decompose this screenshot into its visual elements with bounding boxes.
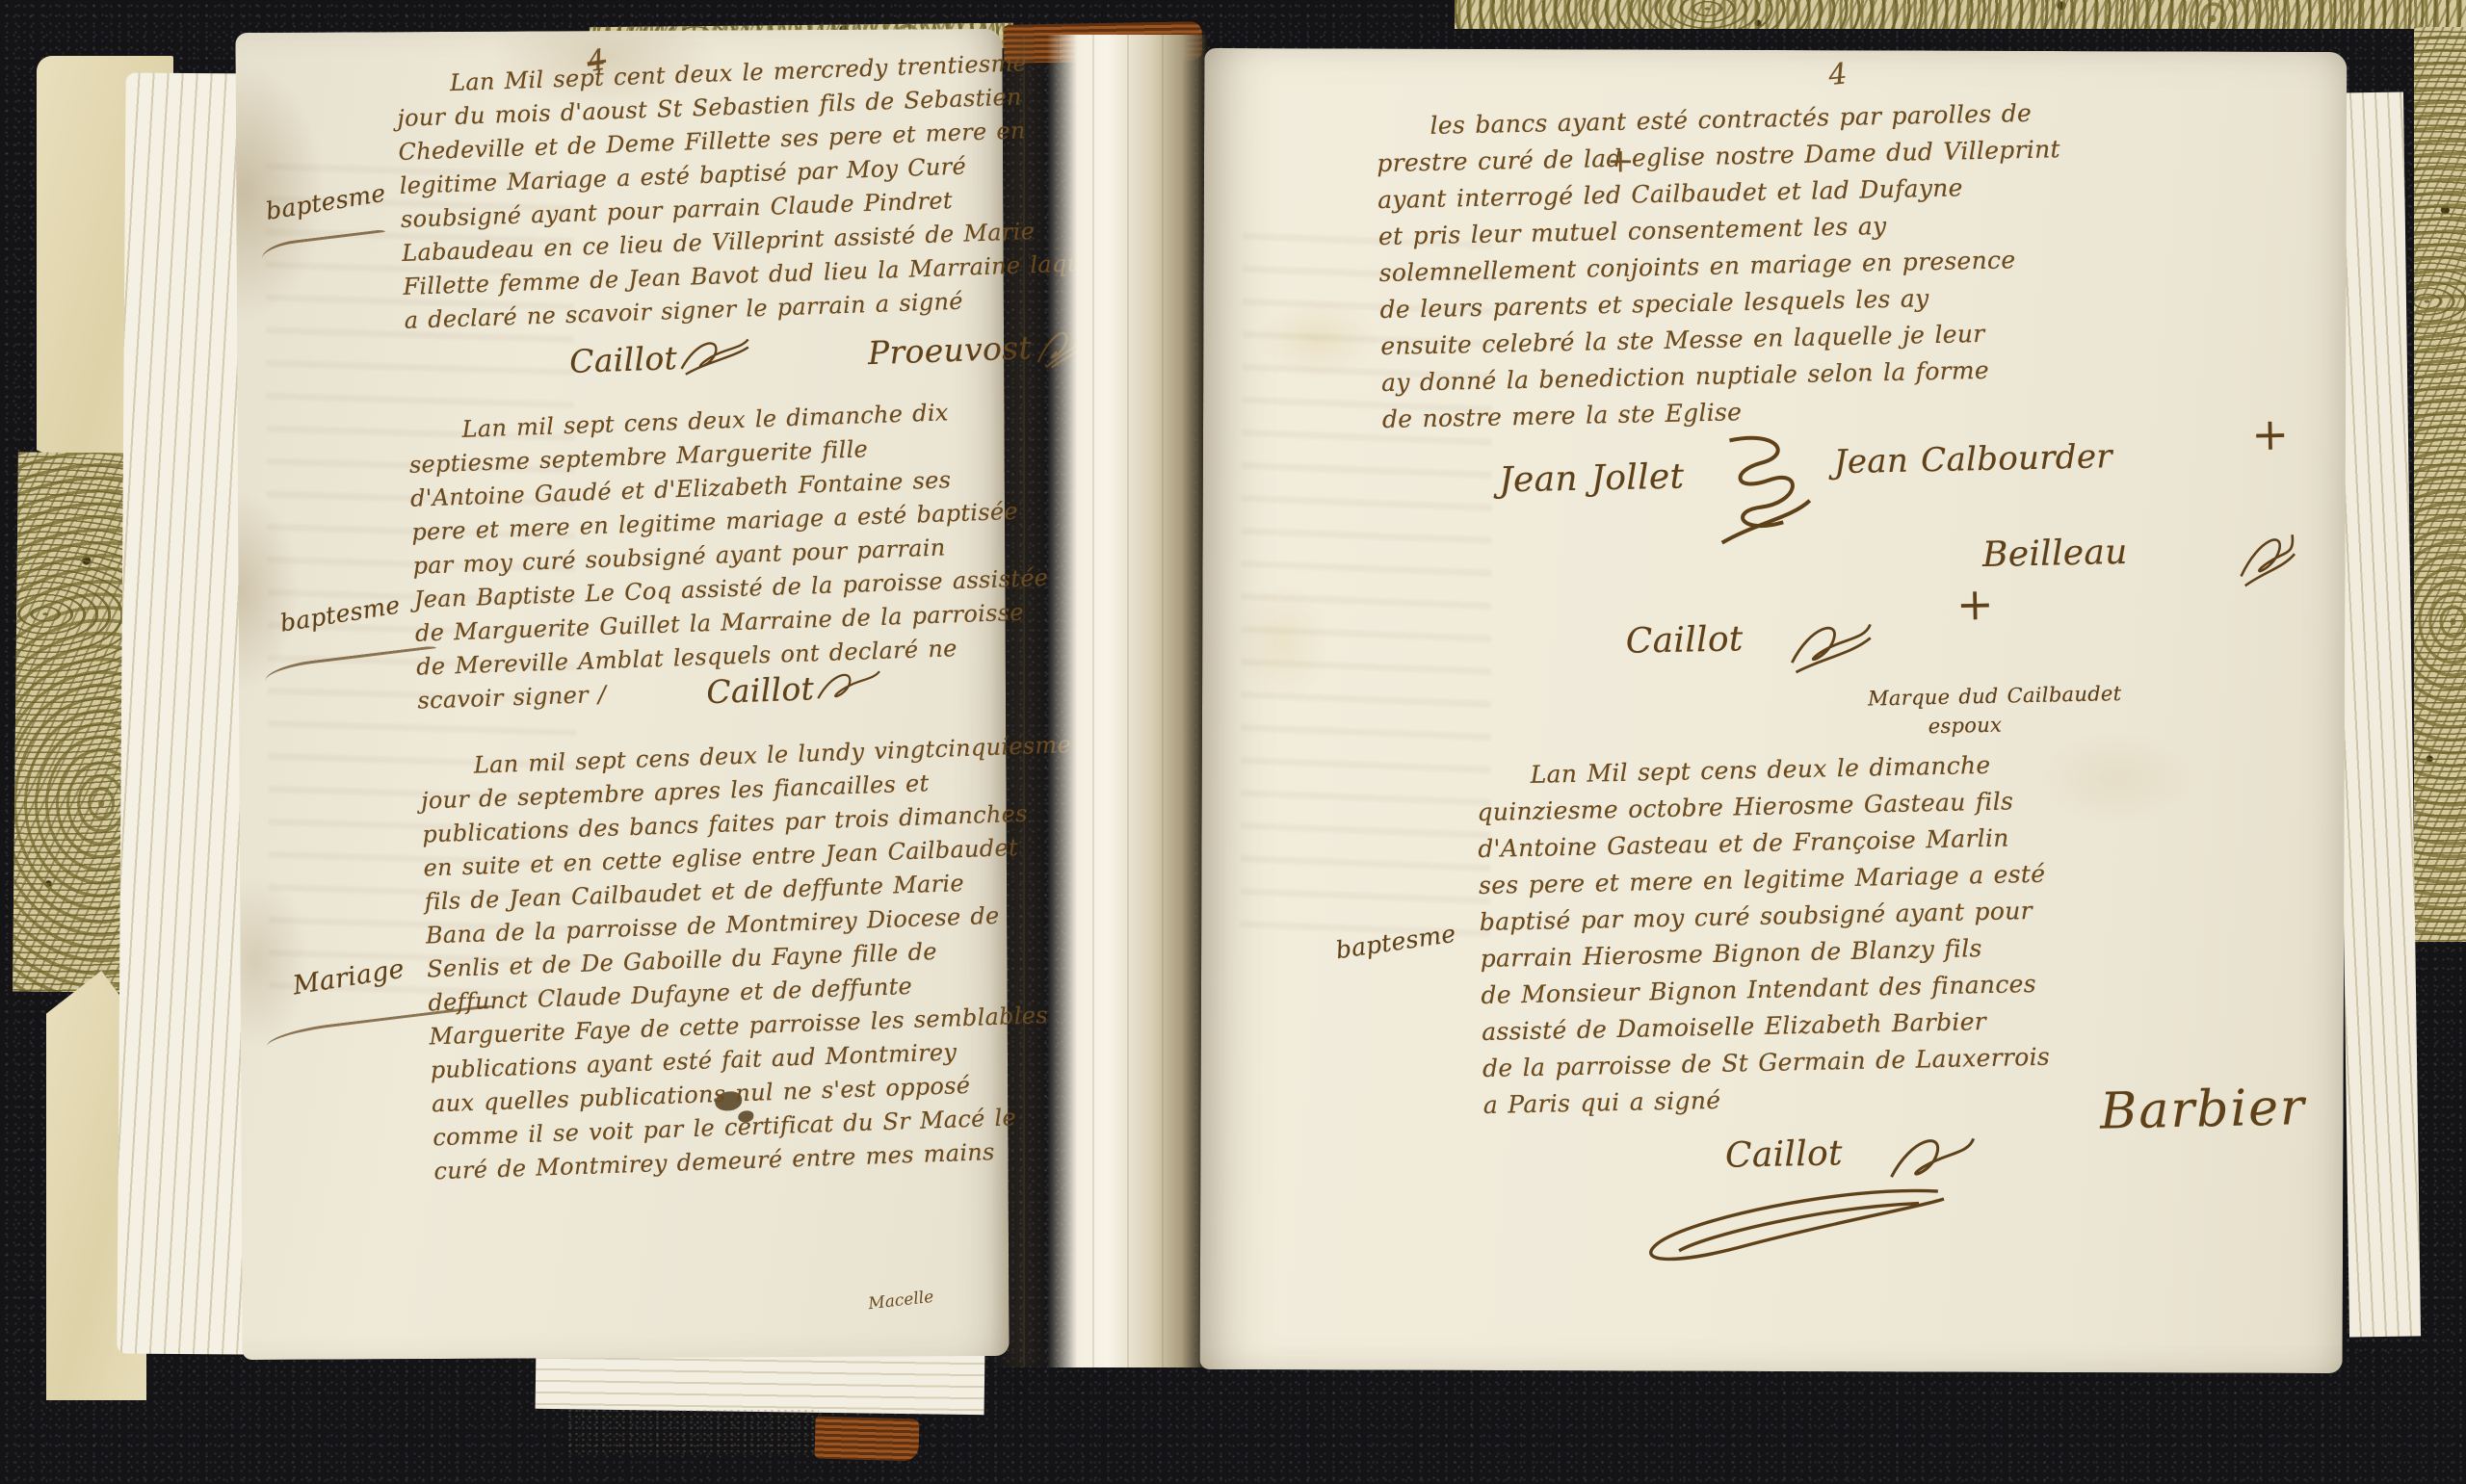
signature-caillot: Caillot bbox=[1725, 1135, 1844, 1175]
margin-label-baptesme: baptesme bbox=[277, 586, 412, 640]
footnote-word: Macelle bbox=[867, 1288, 934, 1314]
margin-label-baptesme: baptesme bbox=[1333, 914, 1468, 969]
signature-jean-calbourder: Jean Calbourder bbox=[1834, 438, 2113, 481]
signature-jean-jollet: Jean Jollet bbox=[1499, 458, 1685, 499]
left-page: 4 baptesme Lan Mil sept cent deux le mer… bbox=[235, 29, 1009, 1360]
signature-block: Jean Jollet Jean Calbourder + Beilleau C… bbox=[1383, 429, 2323, 754]
record-baptism-gasteau: baptesme Lan Mil sept cens deux le diman… bbox=[1331, 741, 2335, 1317]
record-baptism-marguerite: baptesme Lan mil sept cens deux le diman… bbox=[273, 395, 998, 742]
signature-paraph-icon bbox=[2230, 521, 2298, 589]
signature-caillot: Caillot bbox=[569, 341, 678, 378]
page-edge-stack-left bbox=[117, 73, 254, 1355]
signature-barbier: Barbier bbox=[2100, 1089, 2306, 1130]
marbled-board-edge-right bbox=[2414, 27, 2466, 942]
right-page-text: les bancs ayant esté contractés par paro… bbox=[1318, 90, 2335, 1317]
book-gutter bbox=[990, 35, 1208, 1367]
marbled-board-edge-left bbox=[13, 452, 134, 992]
signature-beilleau: Beilleau bbox=[1982, 534, 2128, 574]
signature-paraph-icon bbox=[813, 665, 883, 708]
signature-paraph-icon bbox=[1700, 430, 1818, 547]
signature-caillot: Caillot bbox=[706, 671, 815, 709]
vellum-board-edge-bottom bbox=[566, 1408, 819, 1456]
record-lines: Lan Mil sept cens deux le dimanchequinzi… bbox=[1476, 741, 2331, 1124]
record-lines: Lan mil sept cens deux le lundy vingtcin… bbox=[419, 731, 1014, 1189]
signature-paraph-icon bbox=[676, 333, 752, 378]
signature-marque-espoux: espoux bbox=[1928, 707, 2002, 745]
right-page: + 4 les bancs ayant esté contractés par … bbox=[1200, 48, 2348, 1373]
signature-row: Caillot Proeuvost bbox=[568, 325, 986, 396]
signature-caillot: Caillot bbox=[1625, 621, 1744, 661]
margin-label-baptesme: baptesme bbox=[263, 174, 398, 228]
marbled-board-edge-top-right bbox=[1455, 0, 2466, 29]
record-lines: Lan Mil sept cent deux le mercredy trent… bbox=[396, 48, 984, 338]
margin-label-mariage: Mariage bbox=[290, 950, 425, 1003]
page-number-mark: 4 bbox=[1827, 57, 1849, 92]
cross-mark: + bbox=[1956, 586, 1995, 623]
record-mariage-cailbaudet: Mariage Lan mil sept cens deux le lundy … bbox=[284, 731, 1013, 1194]
record-mariage-conclusion: les bancs ayant esté contractés par paro… bbox=[1318, 90, 2323, 755]
photo-background: 4 baptesme Lan Mil sept cent deux le mer… bbox=[0, 0, 2466, 1484]
spine-tail bbox=[814, 1417, 919, 1462]
flourish-line bbox=[260, 229, 386, 259]
signature-flourish-icon bbox=[1630, 1182, 1950, 1269]
flourish-line bbox=[264, 645, 437, 681]
signature-row: Caillot bbox=[706, 662, 999, 728]
record-lines: les bancs ayant esté contractés par paro… bbox=[1376, 90, 2317, 438]
signature-paraph-icon bbox=[1785, 614, 1875, 676]
record-baptism-chedeville: baptesme Lan Mil sept cent deux le mercr… bbox=[261, 48, 987, 406]
signature-block: Caillot Barbier bbox=[1483, 1114, 2335, 1315]
cross-mark: + bbox=[2251, 415, 2290, 453]
left-page-text: baptesme Lan Mil sept cent deux le mercr… bbox=[261, 48, 1014, 1193]
